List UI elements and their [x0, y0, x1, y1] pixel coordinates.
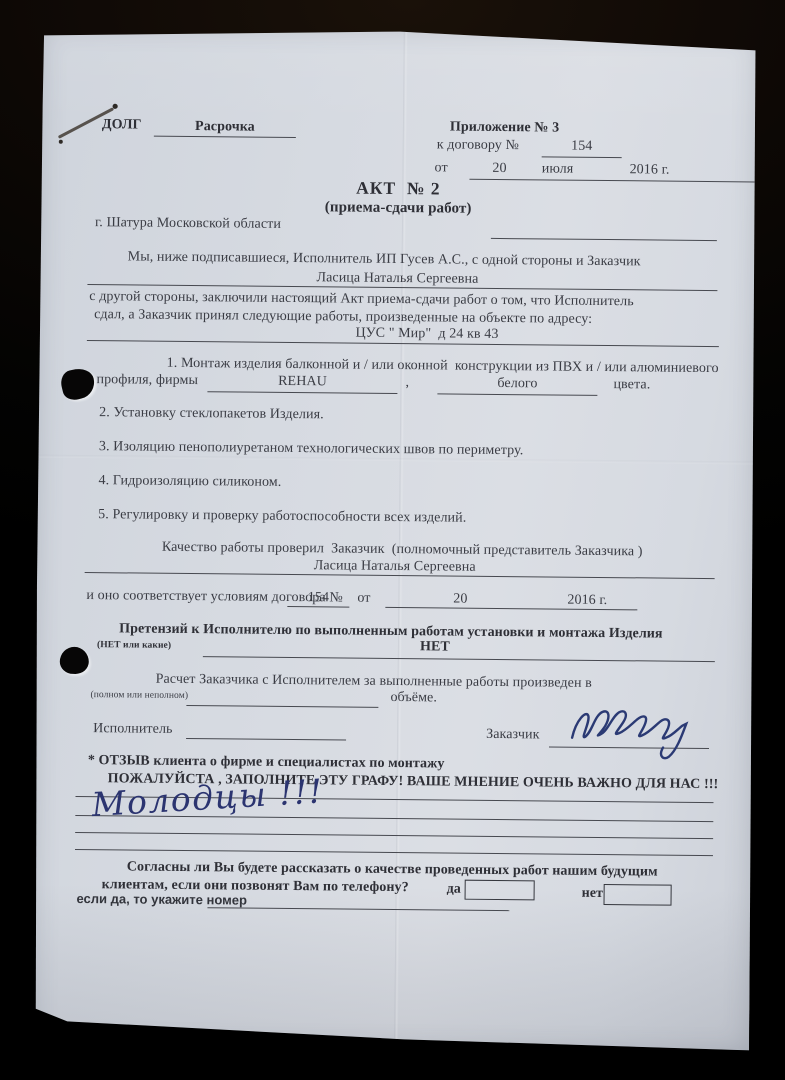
review-blank-line [75, 832, 713, 839]
city-line: г. Шатура Московской области [95, 215, 281, 233]
survey-no-checkbox [603, 884, 671, 906]
date-year: 2016 г. [609, 162, 689, 179]
work-item-5: 5. Регулировку и проверку работоспособно… [98, 507, 466, 527]
conformity-number: 154 [287, 590, 349, 607]
color-value: белого [437, 375, 597, 393]
city-blank-underline [491, 238, 717, 241]
conformity-year: 2016 г. [567, 593, 607, 609]
conformity-day: 20 [415, 591, 505, 608]
annex-title: Приложение № 3 [450, 120, 559, 137]
survey-no-label: нет [582, 886, 604, 902]
act-document-page: ДОЛГ Расрочка Приложение № 3 к договору … [31, 25, 759, 1054]
payment-blank-underline [186, 705, 378, 708]
color-underline [437, 393, 597, 396]
intro-line1: Мы, ниже подписавшиеся, Исполнитель ИП Г… [128, 249, 641, 270]
date-day: 20 [469, 161, 529, 178]
payment-hint: (полном или неполном) [90, 690, 188, 702]
review-blank-line [75, 849, 713, 856]
hole-punch-top [58, 366, 97, 403]
survey-phone-underline [207, 907, 509, 911]
customer-label: Заказчик [486, 727, 540, 744]
debt-underline [154, 136, 296, 138]
brand-value: REHAU [207, 373, 397, 391]
brand-underline [207, 391, 397, 394]
debt-value: Расрочка [154, 119, 296, 136]
comma-separator: , [405, 375, 409, 391]
hole-punch-bottom [60, 647, 89, 674]
date-month: июля [527, 161, 587, 178]
date-from-label: от [434, 160, 447, 176]
survey-phone-prompt: если да, то укажите номер [76, 891, 247, 908]
contract-label: к договору № [437, 137, 519, 154]
debt-label: ДОЛГ [102, 117, 142, 133]
payment-line: Расчет Заказчика с Исполнителем за выпол… [156, 672, 592, 692]
review-heading-1: * ОТЗЫВ клиента о фирме и специалистах п… [88, 753, 445, 773]
survey-yes-checkbox [465, 880, 535, 901]
work-item-1-prefix: профиля, фирмы [96, 372, 198, 389]
contract-number: 154 [542, 138, 622, 155]
conformity-from-label: от [357, 591, 370, 607]
contract-number-underline [542, 156, 622, 158]
executor-signature-underline [186, 738, 346, 741]
work-item-2: 2. Установку стеклопакетов Изделия. [99, 405, 324, 423]
payment-suffix: объёме. [390, 690, 437, 707]
survey-yes-label: да [447, 882, 461, 898]
customer-signature [556, 702, 717, 762]
executor-label: Исполнитель [93, 721, 173, 738]
work-item-4: 4. Гидроизоляцию силиконом. [98, 473, 281, 491]
work-item-1-suffix: цвета. [613, 377, 650, 393]
